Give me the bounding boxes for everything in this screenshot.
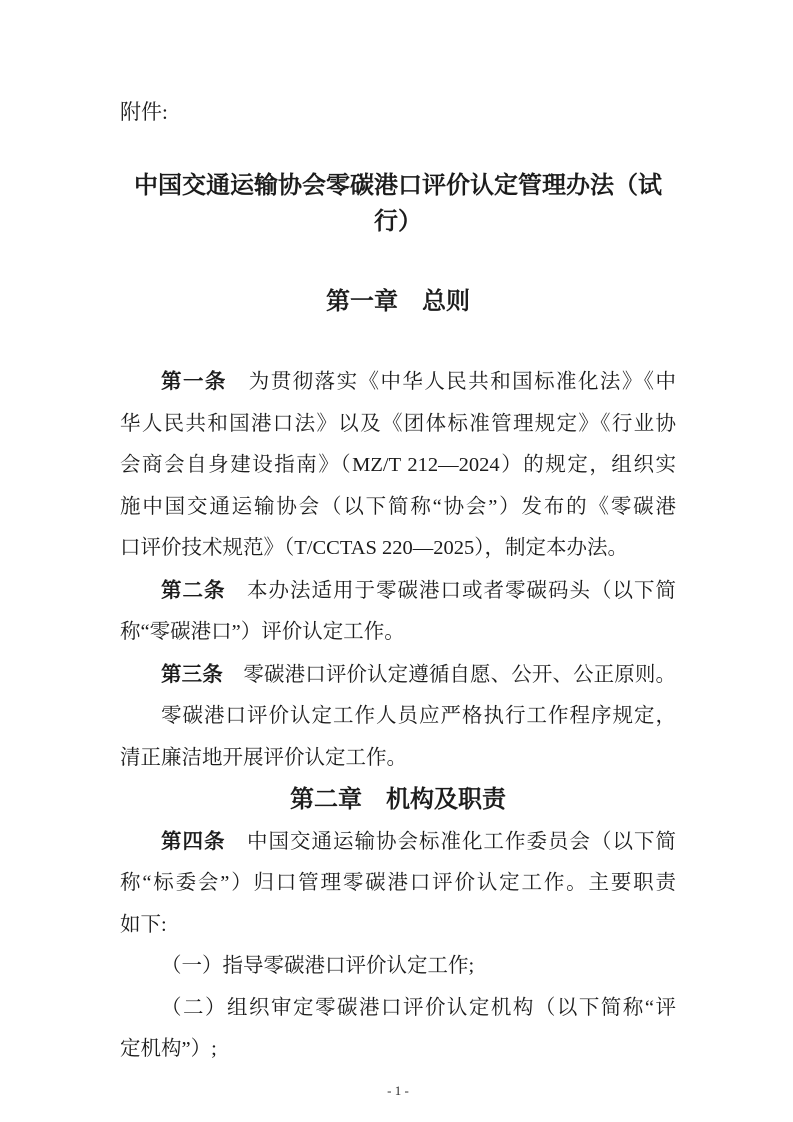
line-text: 中国交通运输协会标准化工作委员会（以下简	[226, 831, 677, 853]
document-line: 清正廉洁地开展评价认定工作。	[120, 738, 676, 780]
line-text: 会商会自身建设指南》（MZ/T 212—2024）的规定，组织实	[120, 454, 676, 476]
chapter-1-heading: 第一章 总则	[120, 284, 676, 320]
document-line: 会商会自身建设指南》（MZ/T 212—2024）的规定，组织实	[120, 445, 676, 487]
line-text: 零碳港口评价认定工作人员应严格执行工作程序规定，	[161, 705, 676, 727]
article-label: 第三条	[161, 663, 223, 686]
line-text: 为贯彻落实《中华人民共和国标准化法》《中	[227, 371, 676, 393]
article-label: 第二条	[161, 579, 226, 602]
document-line: 称“标委会”）归口管理零碳港口评价认定工作。主要职责	[120, 863, 676, 905]
article-label: 第四条	[161, 830, 226, 853]
line-text: 施中国交通运输协会（以下简称“协会”）发布的《零碳港	[120, 496, 676, 518]
document-line: 华人民共和国港口法》以及《团体标准管理规定》《行业协	[120, 404, 676, 446]
line-text: 清正廉洁地开展评价认定工作。	[120, 747, 407, 769]
article-label: 第一条	[161, 370, 227, 393]
document-page: 附件: 中国交通运输协会零碳港口评价认定管理办法（试行） 第一章 总则 第一条 …	[0, 0, 793, 1122]
line-text: 零碳港口评价认定遵循自愿、公开、公正原则。	[223, 664, 676, 686]
document-line: （一）指导零碳港口评价认定工作;	[120, 946, 676, 988]
line-text: 口评价技术规范》（T/CCTAS 220—2025），制定本办法。	[120, 537, 628, 559]
document-line: 第一条 为贯彻落实《中华人民共和国标准化法》《中	[120, 361, 676, 404]
line-text: 定机构”）;	[120, 1038, 217, 1060]
line-text: （一）指导零碳港口评价认定工作;	[161, 955, 474, 977]
document-line: 施中国交通运输协会（以下简称“协会”）发布的《零碳港	[120, 487, 676, 529]
line-text: （二）组织审定零碳港口评价认定机构（以下简称“评	[161, 997, 676, 1019]
document-line: 零碳港口评价认定工作人员应严格执行工作程序规定，	[120, 696, 676, 738]
document-line: 定机构”）;	[120, 1029, 676, 1071]
document-line: 第二条 本办法适用于零碳港口或者零碳码头（以下简	[120, 570, 676, 613]
line-text: 华人民共和国港口法》以及《团体标准管理规定》《行业协	[120, 413, 676, 435]
document-line: （二）组织审定零碳港口评价认定机构（以下简称“评	[120, 988, 676, 1030]
line-text: 第二章 机构及职责	[290, 786, 506, 813]
document-line: 第三条 零碳港口评价认定遵循自愿、公开、公正原则。	[120, 654, 676, 697]
page-number: - 1 -	[120, 1083, 676, 1099]
document-line: 第四条 中国交通运输协会标准化工作委员会（以下简	[120, 821, 676, 864]
document-title: 中国交通运输协会零碳港口评价认定管理办法（试行）	[120, 168, 676, 240]
line-text: 称“零碳港口”）评价认定工作。	[120, 621, 405, 643]
document-body: 第一条 为贯彻落实《中华人民共和国标准化法》《中 华人民共和国港口法》以及《团体…	[120, 361, 676, 1071]
attachment-label: 附件:	[120, 96, 676, 128]
document-line: 口评价技术规范》（T/CCTAS 220—2025），制定本办法。	[120, 528, 676, 570]
document-line: 如下:	[120, 905, 676, 947]
line-text: 如下:	[120, 914, 167, 936]
document-line: 称“零碳港口”）评价认定工作。	[120, 612, 676, 654]
chapter-2-heading: 第二章 机构及职责	[120, 779, 676, 821]
line-text: 称“标委会”）归口管理零碳港口评价认定工作。主要职责	[120, 872, 676, 894]
line-text: 本办法适用于零碳港口或者零碳码头（以下简	[226, 580, 677, 602]
